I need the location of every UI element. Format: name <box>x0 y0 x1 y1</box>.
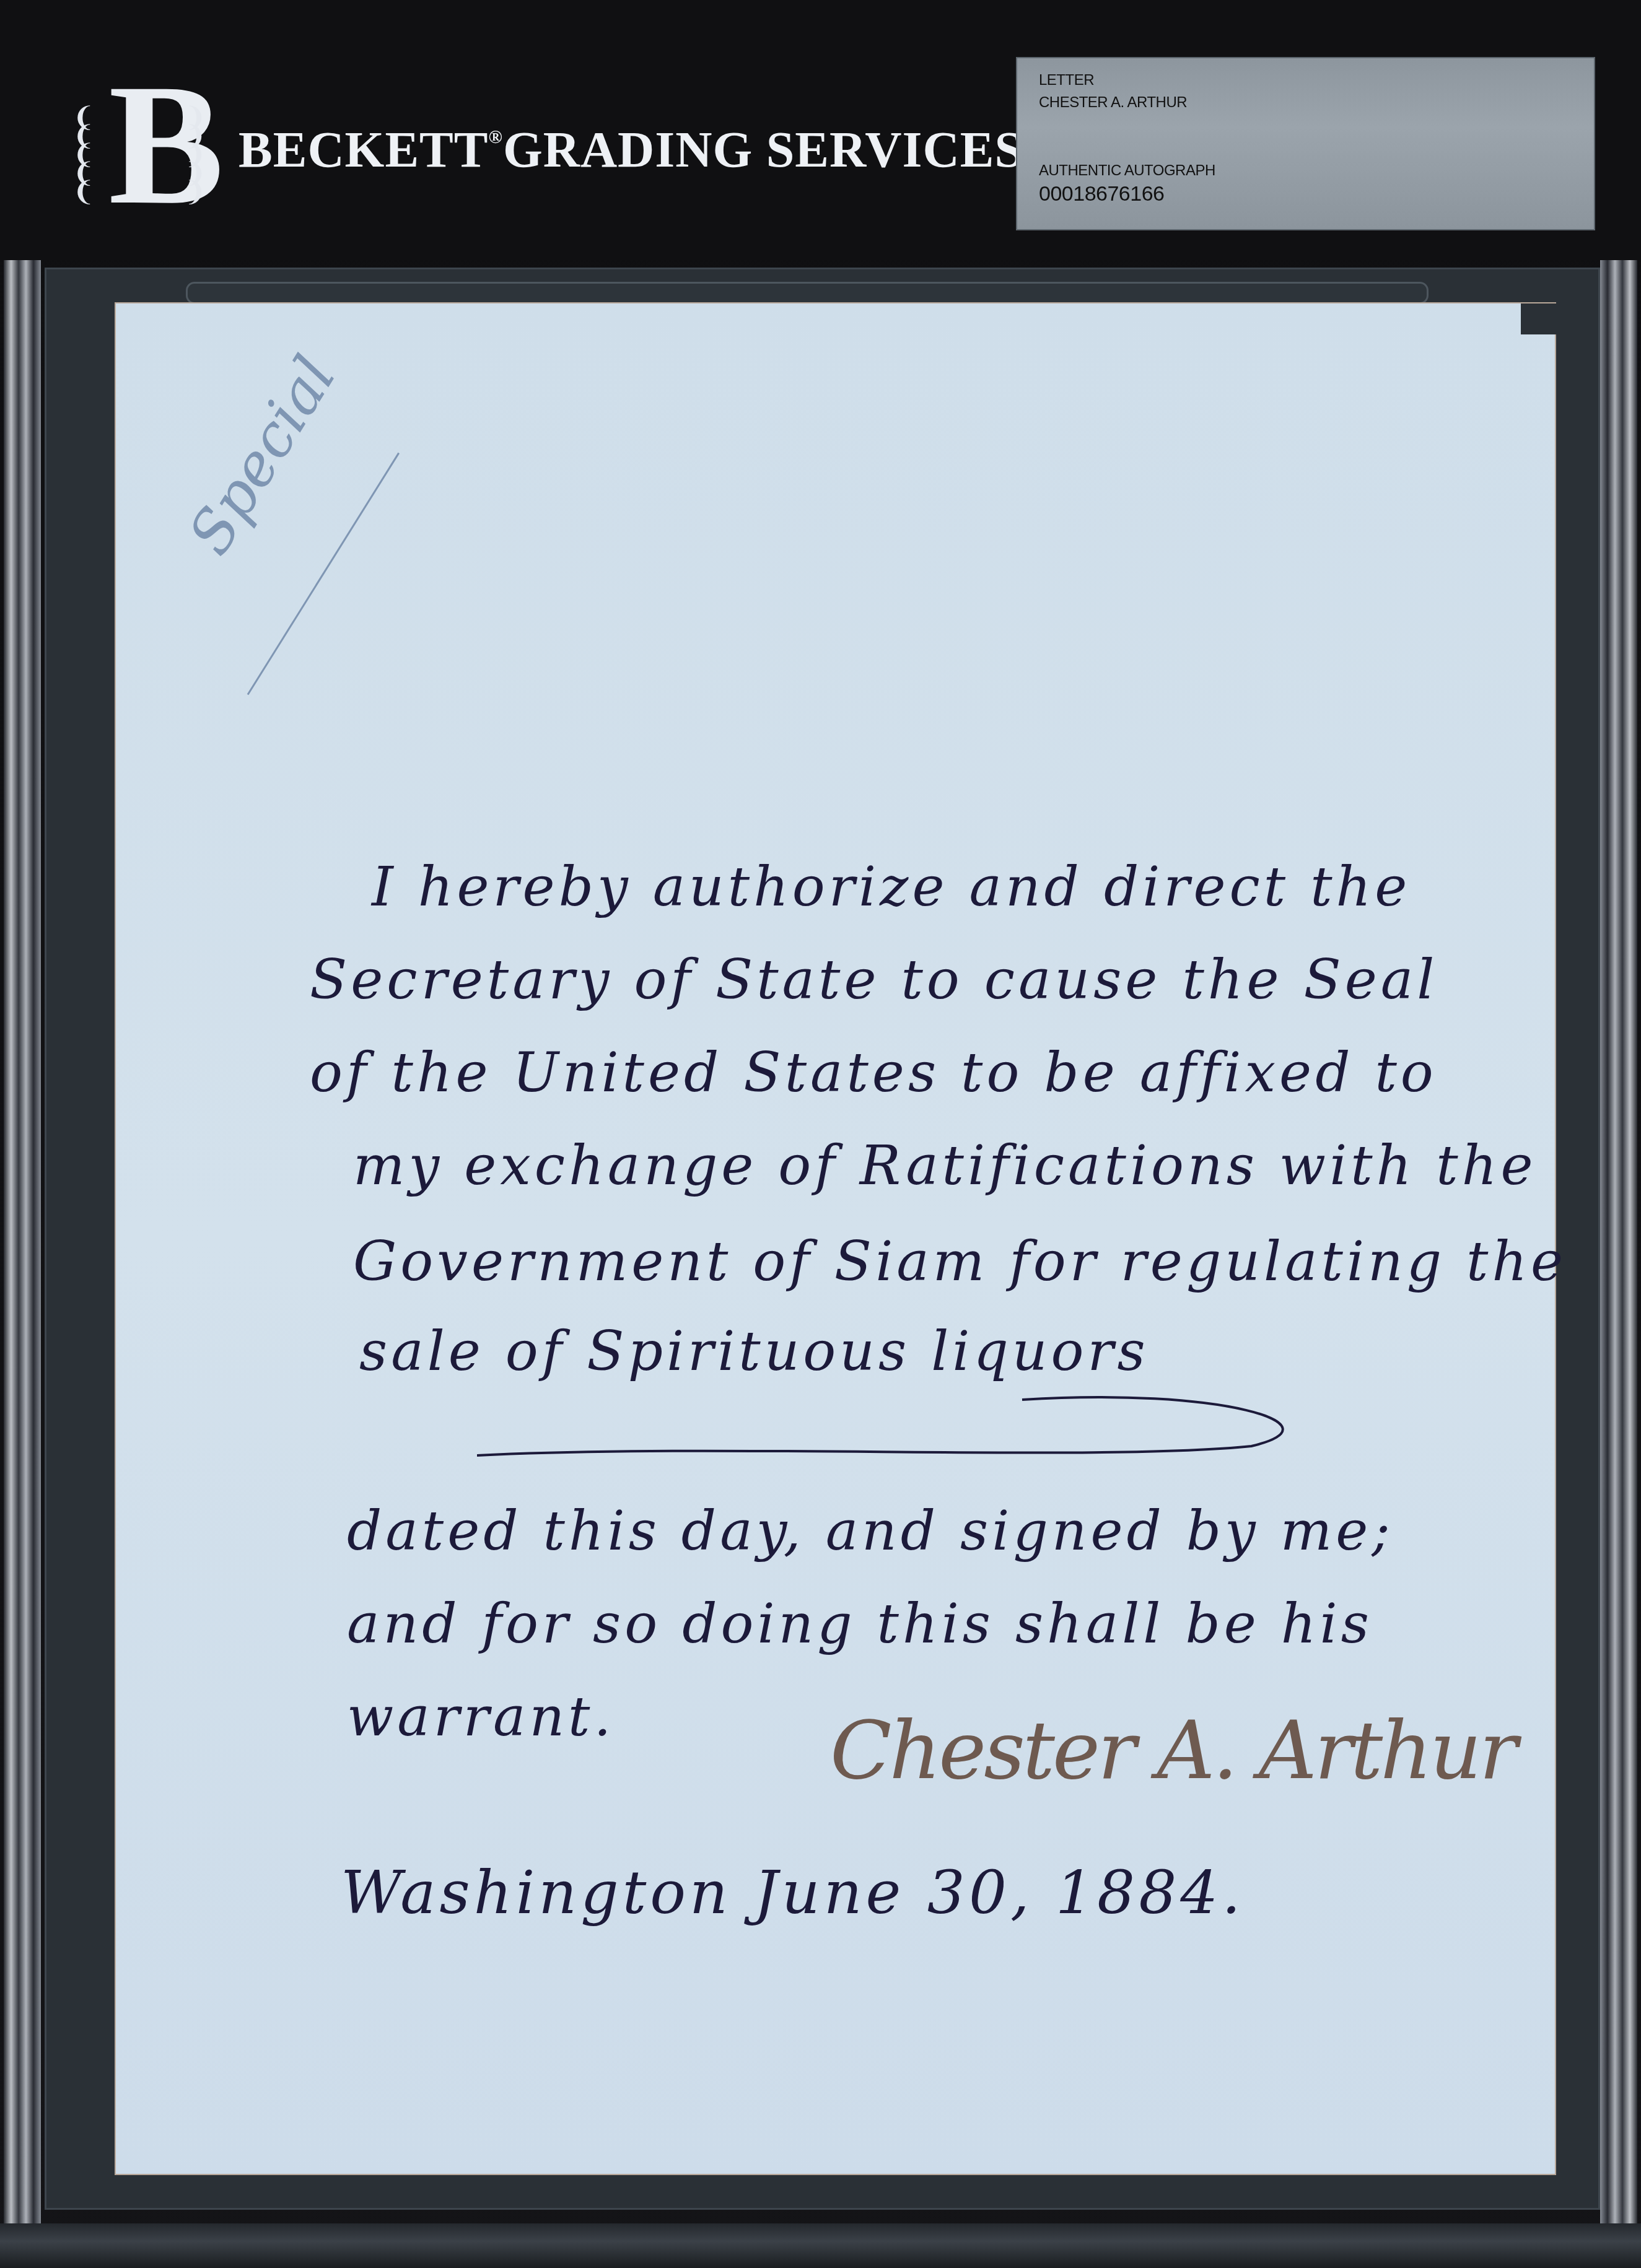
body-line-1: I hereby authorize and direct the <box>372 855 1411 918</box>
slab-right-edge <box>1600 235 1637 2254</box>
paper-corner-notch <box>1521 303 1558 334</box>
grading-label: LETTER CHESTER A. ARTHUR AUTHENTIC AUTOG… <box>1016 57 1595 230</box>
flourish-underline <box>477 1387 1332 1462</box>
brand-title: BECKETT®GRADING SERVICES <box>238 121 1023 179</box>
closing-line-3: warrant. <box>347 1685 615 1748</box>
slab-left-edge <box>4 235 41 2254</box>
brand-name: BECKETT <box>238 121 488 178</box>
label-serial-number: 00018676166 <box>1039 182 1165 206</box>
beckett-logo-icon: B <box>108 71 170 217</box>
slab-top-rail <box>186 282 1429 304</box>
registered-mark: ® <box>488 127 502 147</box>
slab-header: ❨❨❨❨❨ B ❩❩❩❩❩ BECKETT®GRADING SERVICES L… <box>0 0 1641 260</box>
dateline: Washington June 30, 1884. <box>341 1858 1245 1927</box>
body-line-5: Government of Siam for regulating the <box>353 1229 1567 1293</box>
body-line-4: my exchange of Ratifications with the <box>353 1133 1536 1197</box>
body-line-2: Secretary of State to cause the Seal <box>310 948 1438 1011</box>
slab-bottom-rail <box>0 2223 1641 2268</box>
closing-line-1: dated this day, and signed by me; <box>347 1499 1394 1563</box>
label-subject: CHESTER A. ARTHUR <box>1039 94 1187 111</box>
signature: Chester A. Arthur <box>830 1703 1515 1797</box>
brand-suffix: GRADING SERVICES <box>503 121 1023 178</box>
body-line-6: sale of Spirituous liquors <box>359 1319 1149 1383</box>
label-grade: AUTHENTIC AUTOGRAPH <box>1039 162 1215 180</box>
body-line-3: of the United States to be affixed to <box>310 1040 1437 1104</box>
laurel-left-icon: ❨❨❨❨❨ <box>65 108 102 220</box>
laurel-right-icon: ❩❩❩❩❩ <box>177 108 214 220</box>
label-item-type: LETTER <box>1039 72 1094 89</box>
closing-line-2: and for so doing this shall be his <box>347 1592 1373 1655</box>
